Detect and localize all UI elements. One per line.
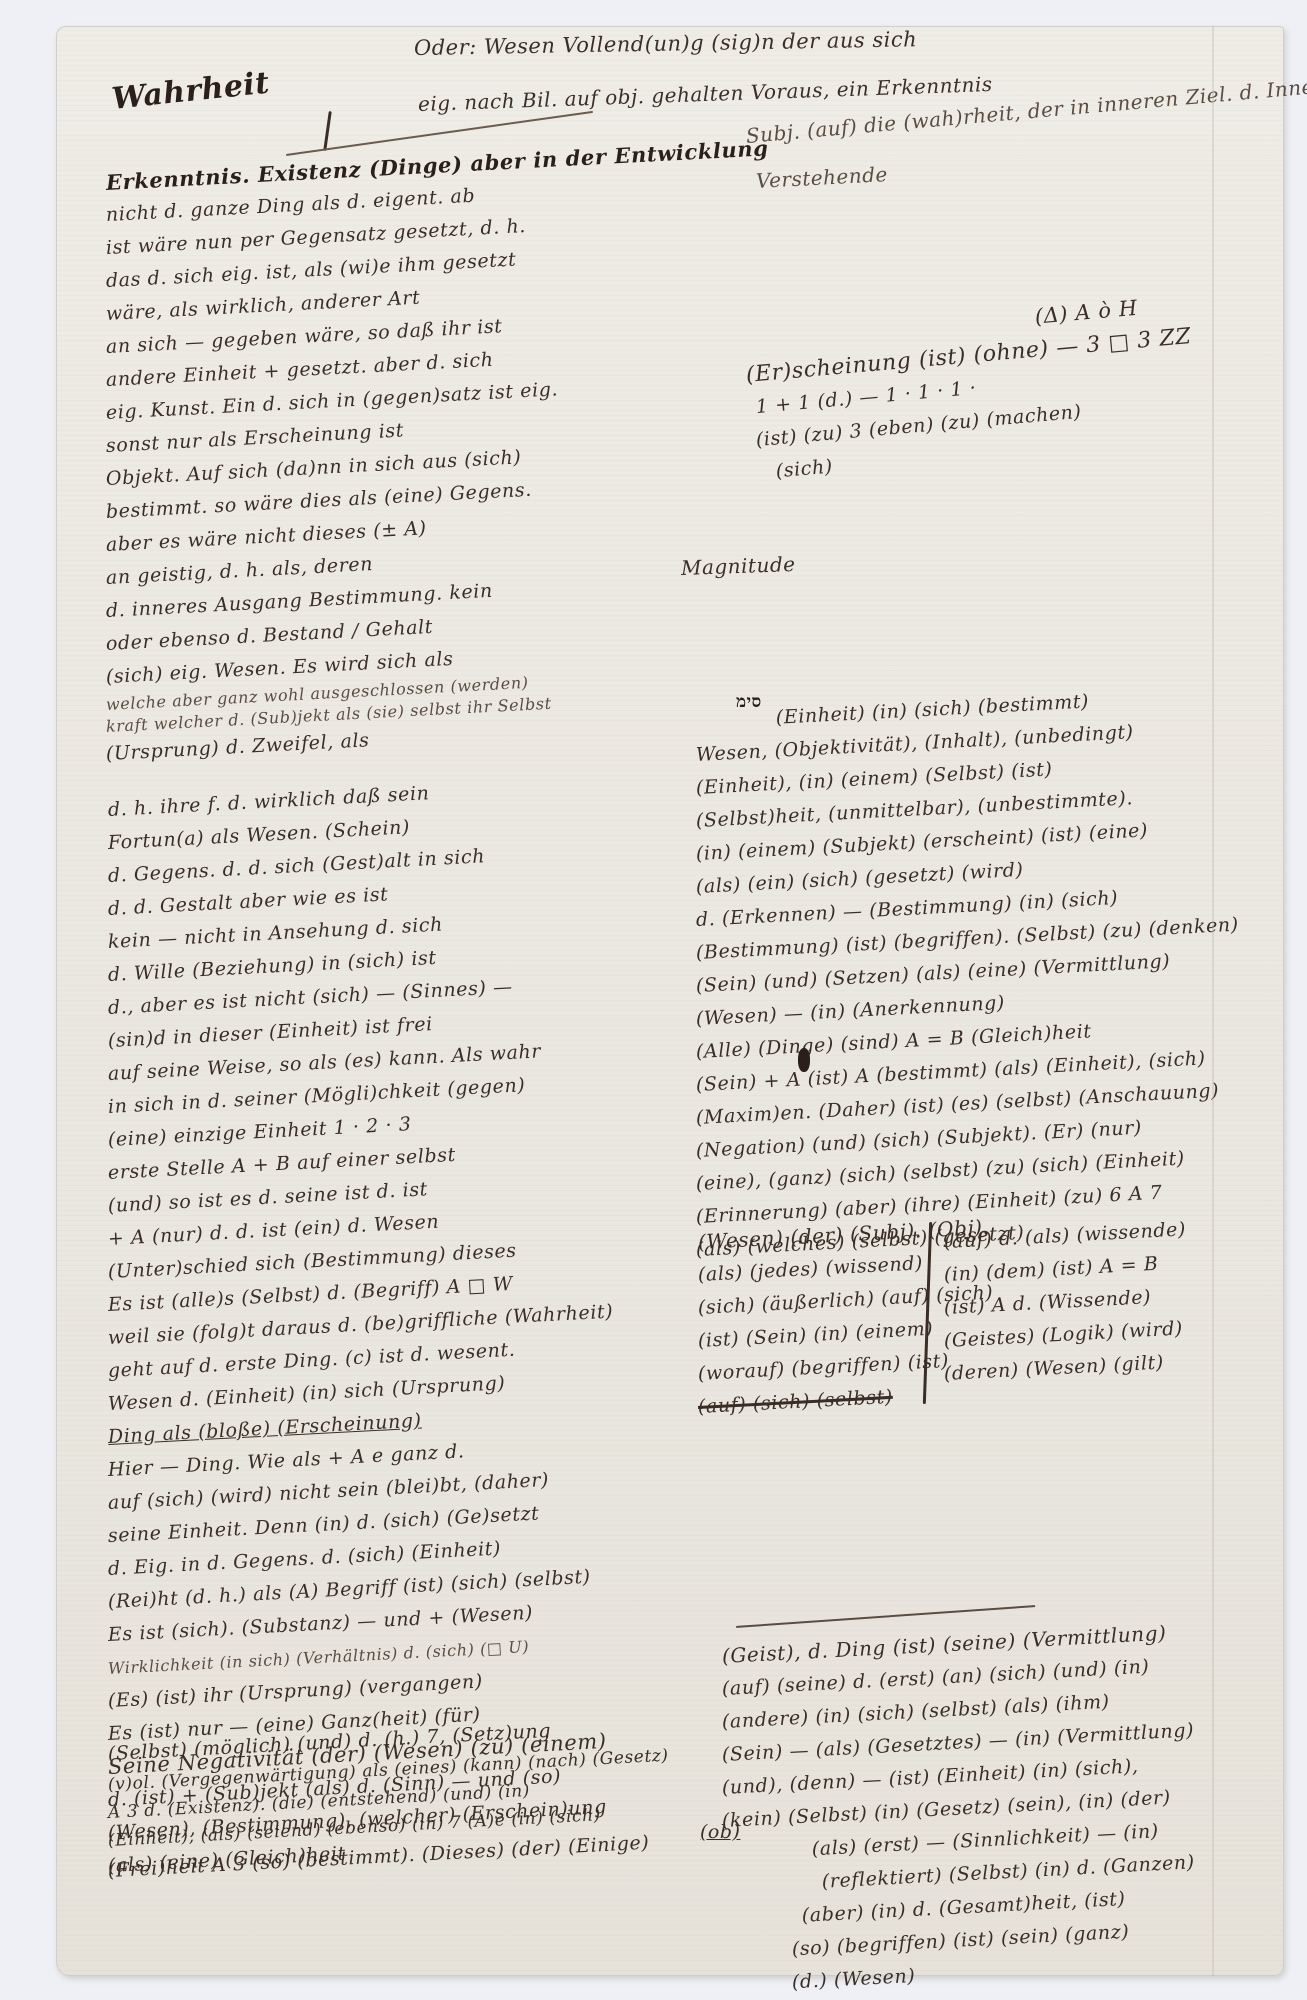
left-text-block-3: (Selbst) (möglich) (und) d. (h.) 7, (Set… xyxy=(108,1738,669,1888)
header-line-4: Verstehende xyxy=(755,162,888,193)
header-divider-mark xyxy=(323,111,332,151)
ink-blot xyxy=(798,1048,810,1072)
header-line-1: Oder: Wesen Vollend(un)g (sig)n der aus … xyxy=(414,27,918,60)
left-text-block-1: Erkenntnis. Existenz (Dinge) aber in der… xyxy=(106,166,769,771)
margin-note-title: Wahrheit xyxy=(110,66,271,117)
manuscript-page: Wahrheit Oder: Wesen Vollend(un)g (sig)n… xyxy=(56,26,1284,1976)
margin-mark: (ob) xyxy=(700,1821,740,1843)
section-flourish xyxy=(736,1605,1035,1628)
right-text-block-3: (Geist), d. Ding (ist) (seine) (Vermittl… xyxy=(722,1640,1195,2000)
magnitude-label: Magnitude xyxy=(681,552,796,580)
formula-block: (Δ) A ò H (Er)scheinung (ist) (ohne) — 3… xyxy=(746,326,1193,491)
right-text-block-1: (Einheit) (in) (sich) (bestimmt) Wesen, … xyxy=(696,706,1239,1036)
boxed-block-right: (auf) d. (als) (wissende) (in) (dem) (is… xyxy=(944,1226,1186,1391)
